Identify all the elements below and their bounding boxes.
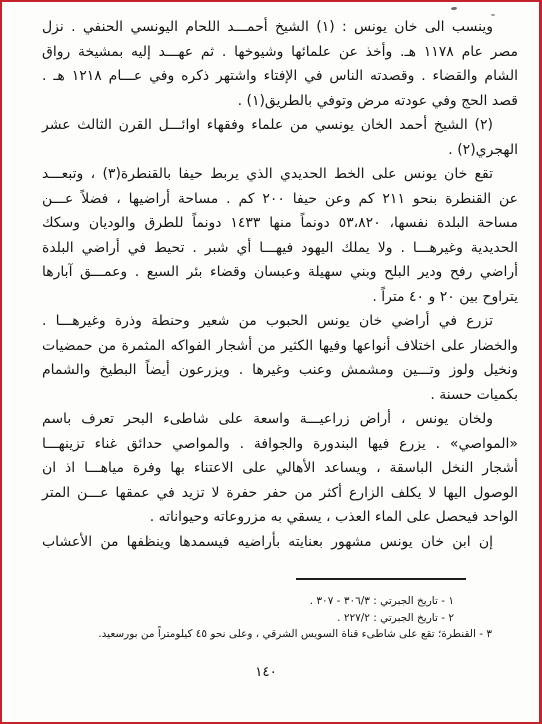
- page-number: ١٤٠: [28, 664, 504, 680]
- footnote-item: ٣ - القنطرة؛ تقع على شاطىء قناة السويس ا…: [42, 626, 492, 643]
- text-line: وينسب الى خان يونس : (١) الشيخ أحمـــد ا…: [42, 15, 518, 40]
- paragraph: تزرع في أراضي خان يونس الحبوب من شعير وح…: [42, 309, 518, 407]
- text-line: «المواصي» . يزرع فيها البندورة والجوافة …: [42, 432, 518, 457]
- text-line: بكميات حسنة .: [42, 383, 518, 408]
- text-line: الوصول اليها لا يكلف الزارع أكثر من حفر …: [42, 481, 518, 506]
- page-content: وينسب الى خان يونس : (١) الشيخ أحمـــد ا…: [2, 2, 539, 722]
- body-text: وينسب الى خان يونس : (١) الشيخ أحمـــد ا…: [42, 15, 518, 554]
- footnote-item: ١ - تاريخ الجبرتي : ٣٠٦/٣ - ٣٠٧ .: [42, 593, 454, 610]
- footnote-item: ٢ - تاريخ الجبرتي : ٢٢٧/٢ .: [42, 610, 454, 627]
- footnote-separator: [296, 578, 466, 580]
- text-line: يتراوح بين ٢٠ و ٤٠ متراً .: [42, 285, 518, 310]
- scanned-book-page: وينسب الى خان يونس : (١) الشيخ أحمـــد ا…: [0, 0, 542, 724]
- text-line: ونخيل ولوز وتـــين ومشمش وعنب وغيرها . و…: [42, 358, 518, 383]
- paragraph: ولخان يونس ، أراض زراعيـــة واسعة على شا…: [42, 407, 518, 530]
- footnotes: ١ - تاريخ الجبرتي : ٣٠٦/٣ - ٣٠٧ . ٢ - تا…: [42, 593, 518, 643]
- paragraph: إن ابن خان يونس مشهور بعنايته بأراضيه في…: [42, 530, 518, 555]
- paragraph: تقع خان يونس على الخط الحديدي الذي يربط …: [42, 162, 518, 309]
- text-line: الواحد فيحصل على الماء العذب ، يسقي به م…: [42, 505, 518, 530]
- text-line: مصر عام ١١٧٨ هـ. وأخذ عن علمائها وشيوخها…: [42, 40, 518, 65]
- text-line: تزرع في أراضي خان يونس الحبوب من شعير وح…: [42, 309, 518, 334]
- text-line: الهجري(٢) .: [42, 138, 518, 163]
- text-line: أراضي رفح ودير البلح وبني سهيلة وعبسان و…: [42, 260, 518, 285]
- text-line: تقع خان يونس على الخط الحديدي الذي يربط …: [42, 162, 518, 187]
- paragraph: (٢) الشيخ أحمد الخان يونسي من علماء وفقه…: [42, 113, 518, 162]
- paragraph: وينسب الى خان يونس : (١) الشيخ أحمـــد ا…: [42, 15, 518, 113]
- text-line: قصد الحج وفي عودته مرض وتوفي بالطريق(١) …: [42, 89, 518, 114]
- text-line: عن القنطرة بنحو ٢١١ كم وعن حيفا ٢٠٠ كم .…: [42, 187, 518, 212]
- text-line: الحديدية وغيرهـــا . ولا يملك اليهود فيه…: [42, 236, 518, 261]
- text-line: والخضار على اختلاف أنواعها وفيها الكثير …: [42, 334, 518, 359]
- text-line: ولخان يونس ، أراض زراعيـــة واسعة على شا…: [42, 407, 518, 432]
- text-line: مساحة البلدة نفسها، ٥٣،٨٢٠ دونماً منها ١…: [42, 211, 518, 236]
- text-line: أشجار النخل الباسقة ، ويساعد الأهالي على…: [42, 456, 518, 481]
- text-line: الشام والقضاء . وقصدته الناس في الإفتاء …: [42, 64, 518, 89]
- text-line: (٢) الشيخ أحمد الخان يونسي من علماء وفقه…: [42, 113, 518, 138]
- text-line: إن ابن خان يونس مشهور بعنايته بأراضيه في…: [42, 530, 518, 555]
